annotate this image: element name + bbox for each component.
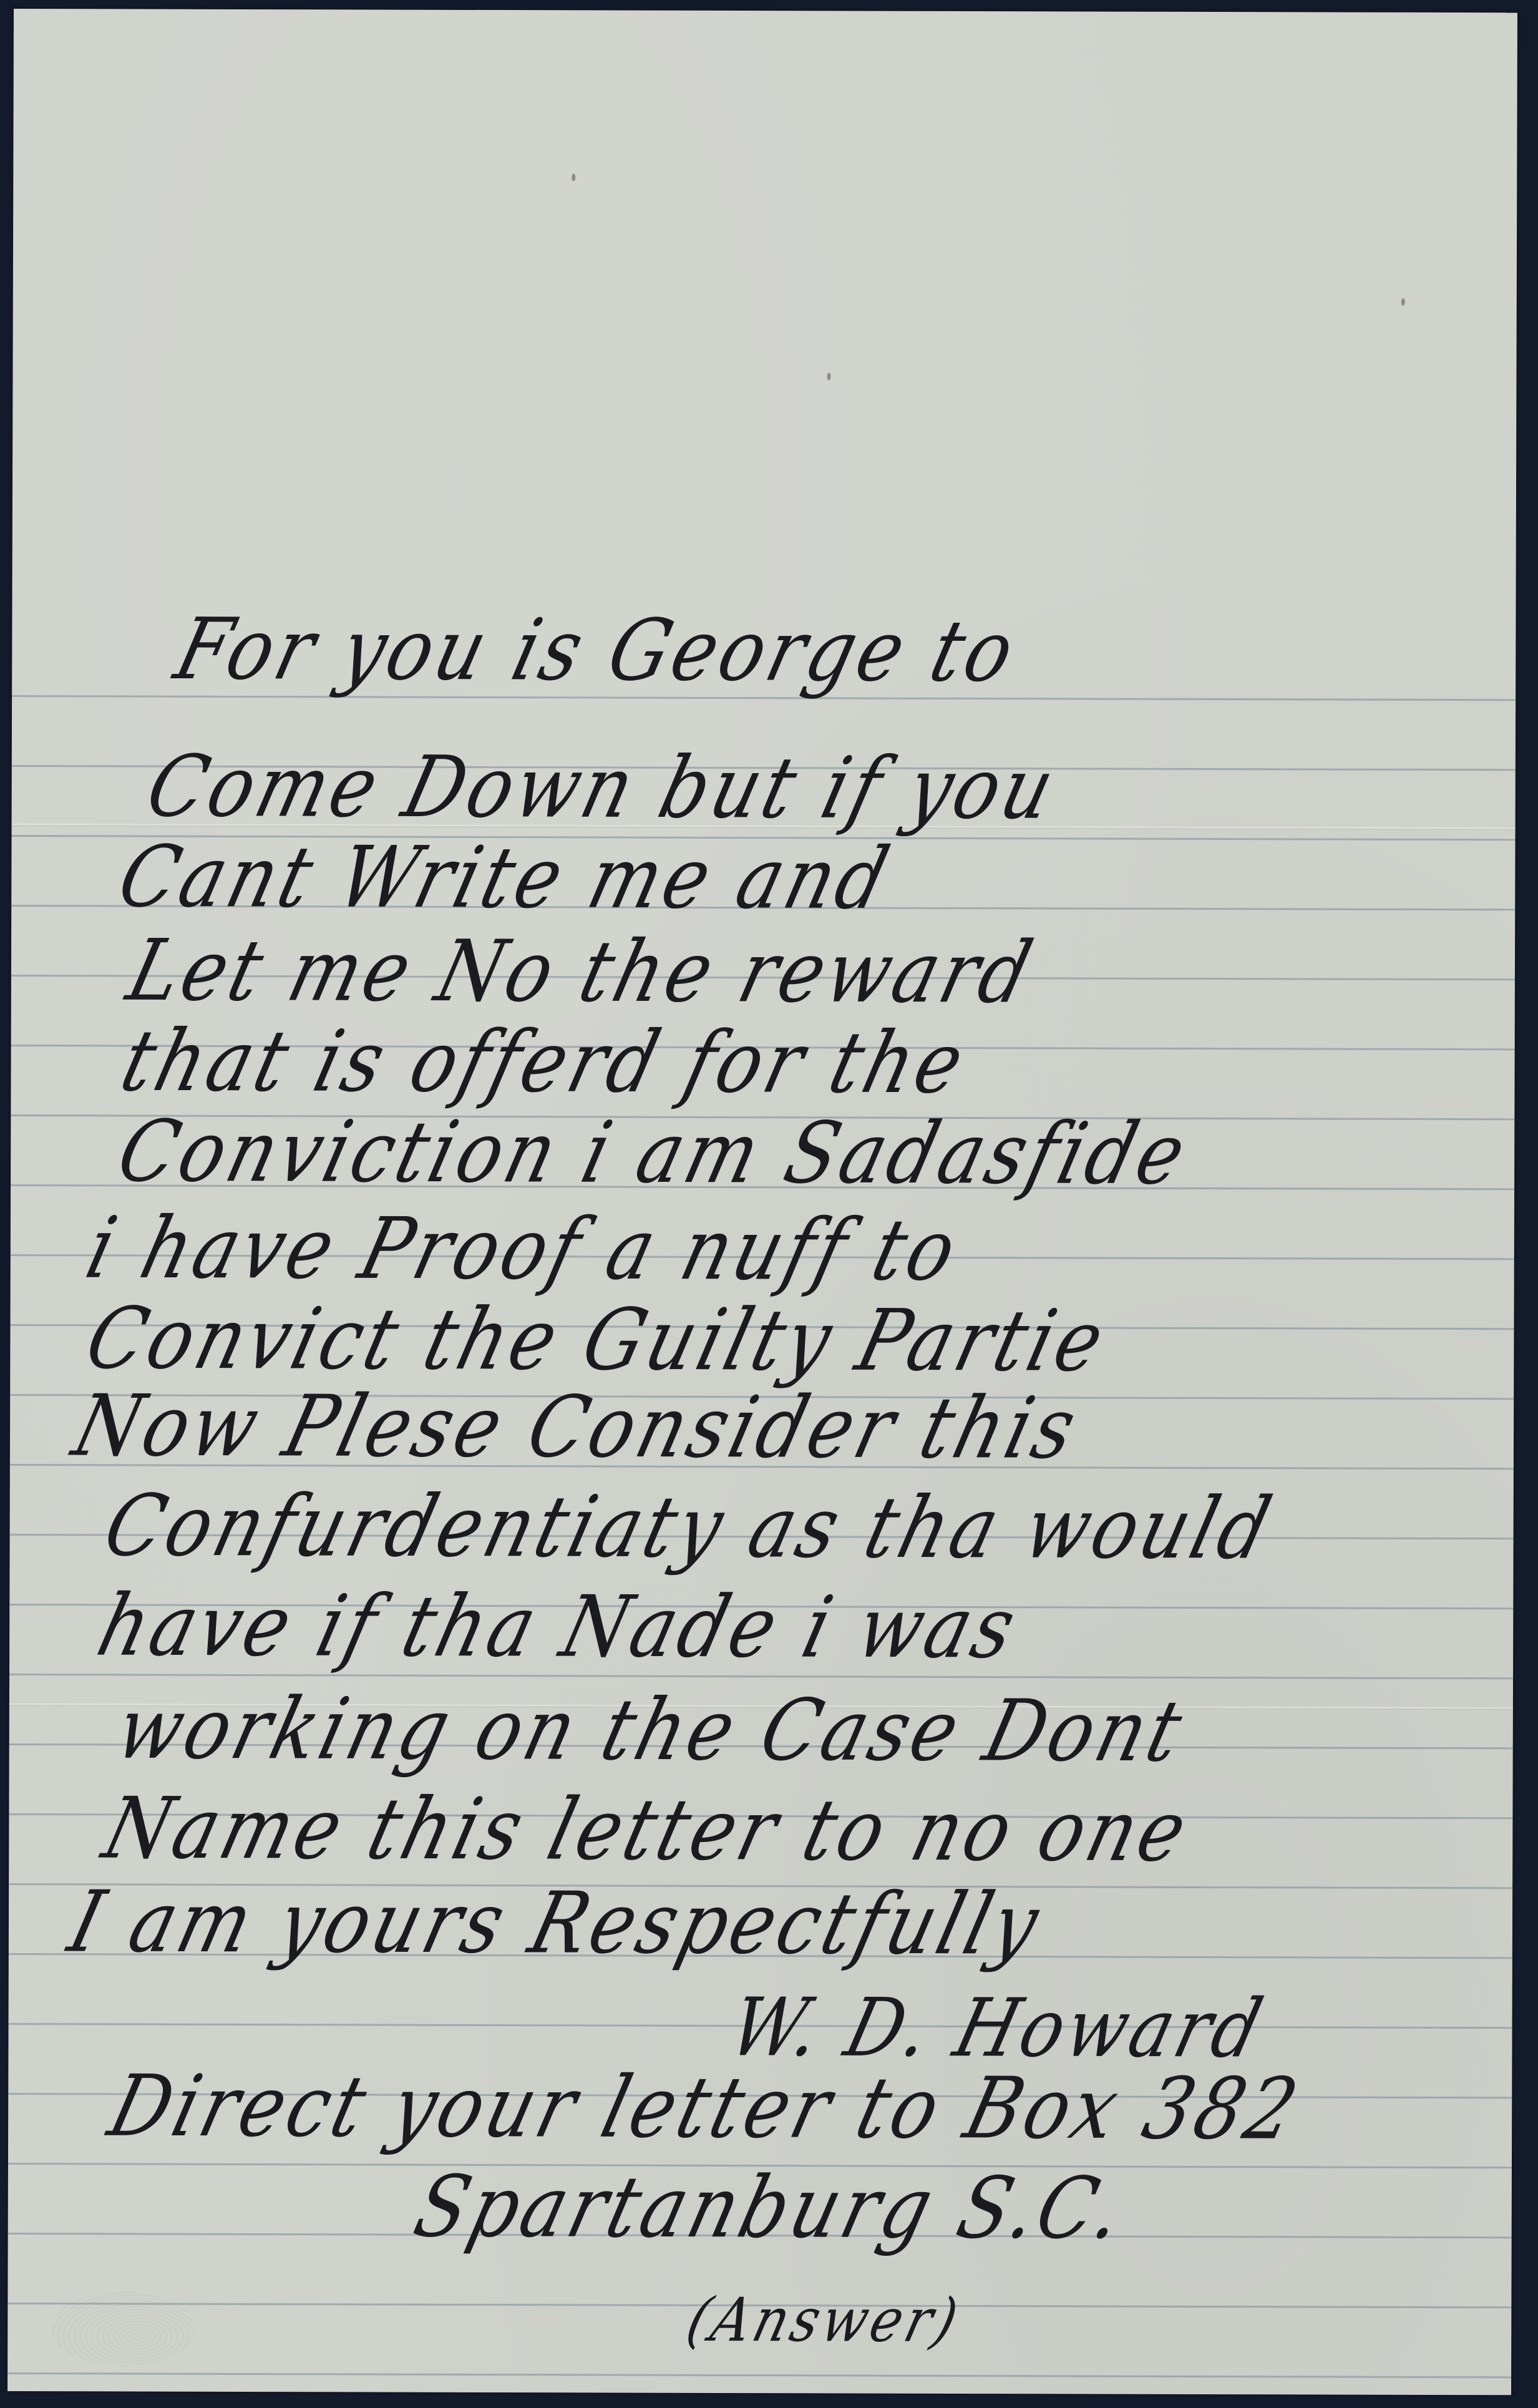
letter-line: that is offerd for the: [114, 1018, 975, 1105]
letter-line: Let me No the reward: [120, 928, 1043, 1015]
letter-line: Conviction i am Sadasfide: [110, 1109, 1197, 1196]
letter-line: Name this letter to no one: [96, 1786, 1198, 1873]
answer-note: (Answer): [681, 2289, 967, 2351]
letter-line: Confurdentiaty as tha would: [97, 1483, 1282, 1571]
letter-line: For you is George to: [168, 607, 1025, 693]
letter-body: For you is George to Come Down but if yo…: [7, 9, 1517, 2395]
letter-line: i have Proof a nuff to: [79, 1206, 968, 1292]
letter-paper: For you is George to Come Down but if yo…: [7, 9, 1517, 2395]
letter-line: Now Plese Consider this: [66, 1383, 1087, 1471]
closing-line: I am yours Respectfully: [62, 1879, 1050, 1967]
letter-line: working on the Case Dont: [109, 1686, 1194, 1773]
postscript-line: Direct your letter to Box 382: [102, 2064, 1309, 2152]
letter-line: Convict the Guilty Partie: [79, 1296, 1115, 1383]
letter-line: have if tha Nade i was: [90, 1583, 1026, 1670]
signature: W. D. Howard: [723, 1987, 1272, 2069]
letter-line: Cant Write me and: [111, 834, 900, 921]
postscript-address: Spartanburg S.C.: [407, 2164, 1135, 2251]
letter-line: Come Down but if you: [140, 744, 1066, 831]
